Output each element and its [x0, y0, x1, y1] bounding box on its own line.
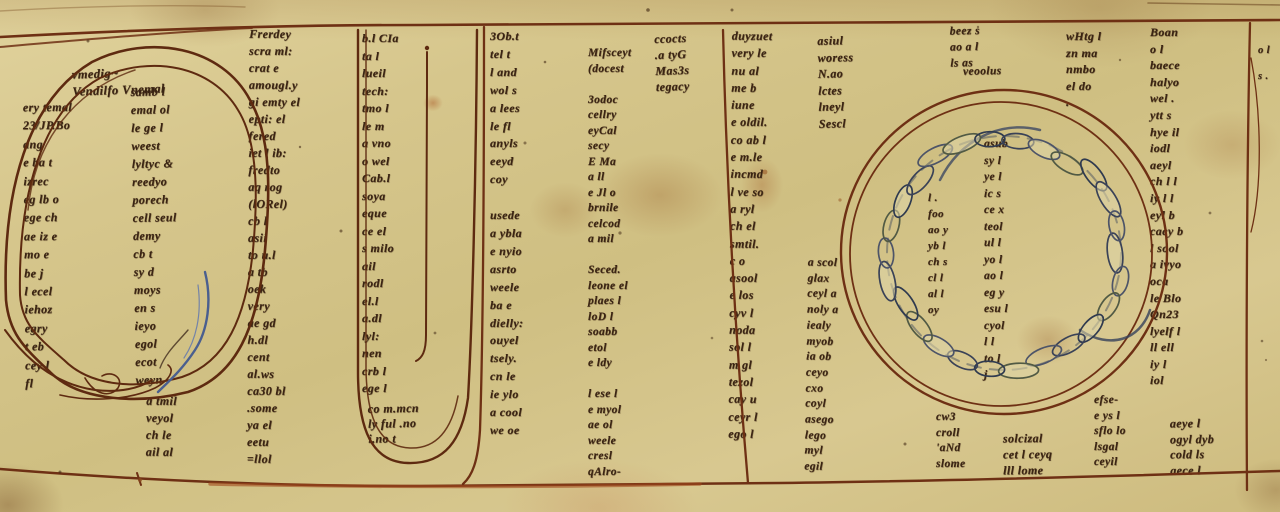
laurel-leaf	[880, 208, 903, 243]
pseudo-text-initial-u-bottom: co m.mcn ly ful .no i.no t	[368, 400, 457, 447]
laurel-leaf	[1105, 232, 1125, 274]
pseudo-text-column-3: Mifsceyt (docest 3odoc cellry eyCal secy…	[588, 46, 666, 480]
laurel-leaf	[1093, 289, 1124, 324]
pseudo-text-above-initial-o: veoolus	[963, 63, 1045, 78]
pseudo-text-right-column-a: wHtg l zn ma nmbo el do .	[1066, 28, 1140, 111]
pseudo-text-column-5-top: asiul woress N.ao lctes lneyl Sescl	[817, 31, 903, 131]
pseudo-text-top-small-block: ccocts .a tyG Mas3s tegacy	[654, 29, 714, 95]
pseudo-text-below-o-2: cw3 croll 'aNd slome	[936, 410, 994, 472]
laurel-leaf	[920, 331, 957, 361]
manuscript-page: vmedig~ Vendilfo Vnemal ery temal 23/JP.…	[0, 0, 1280, 512]
laurel-leaf	[1106, 210, 1126, 242]
laurel-leaf	[890, 183, 916, 220]
laurel-leaf	[889, 284, 922, 324]
laurel-leaf	[1074, 311, 1107, 347]
pseudo-text-column-4: duyzuet very le nu al me b iune e oldil.…	[728, 28, 814, 444]
pseudo-text-below-initial-d: a tmil veyol ch le ail al	[146, 393, 219, 462]
pseudo-text-below-o-1: solcizal cet l ceyq lll lome	[1003, 430, 1091, 479]
pseudo-text-inside-o-left: l . foo ao y yb l ch s cl l al l oy	[928, 190, 972, 318]
laurel-leaf	[1076, 155, 1111, 194]
pseudo-text-right-main-column: Boan o l baece halyo wel . ytt s hye il …	[1150, 24, 1240, 389]
pseudo-text-edge-marks: o l s .	[1258, 38, 1278, 90]
pseudo-text-inside-o-center: asub sy l ye l ic s ce x teol ul l yo l …	[984, 136, 1056, 384]
laurel-leaf	[876, 260, 899, 302]
pseudo-text-below-o-3: efse- e ys l sflo lo lsgal ceyil	[1094, 393, 1156, 471]
pseudo-text-initial-d-column-1: ery temal 23/JP.Bo ang e ba t izrec eg l…	[23, 98, 96, 393]
laurel-leaf	[940, 130, 983, 159]
laurel-leaf	[1092, 178, 1126, 220]
laurel-leaf	[945, 347, 980, 374]
pseudo-text-below-right: aeye l ogyl dyb cold ls aece l	[1170, 416, 1251, 479]
laurel-leaf	[877, 237, 895, 268]
pseudo-text-margin-column: Frerdey scra ml: crat e amougl.y gi emty…	[247, 26, 345, 468]
laurel-leaf	[915, 140, 956, 171]
laurel-leaf	[1110, 265, 1132, 298]
pseudo-text-initial-d-column-2: samb l emal ol le ge l weest lyltyc & re…	[130, 81, 237, 389]
pseudo-text-initial-u-column: b.l CIa ta l lueil tech: tmo l le m a vn…	[362, 30, 424, 398]
pseudo-text-column-5-lower: a scol glax ceyl a noly a iealy myob ia …	[804, 255, 872, 476]
pseudo-text-column-2: 3Ob.t tel t l and wol s a lees le fl any…	[490, 28, 550, 440]
